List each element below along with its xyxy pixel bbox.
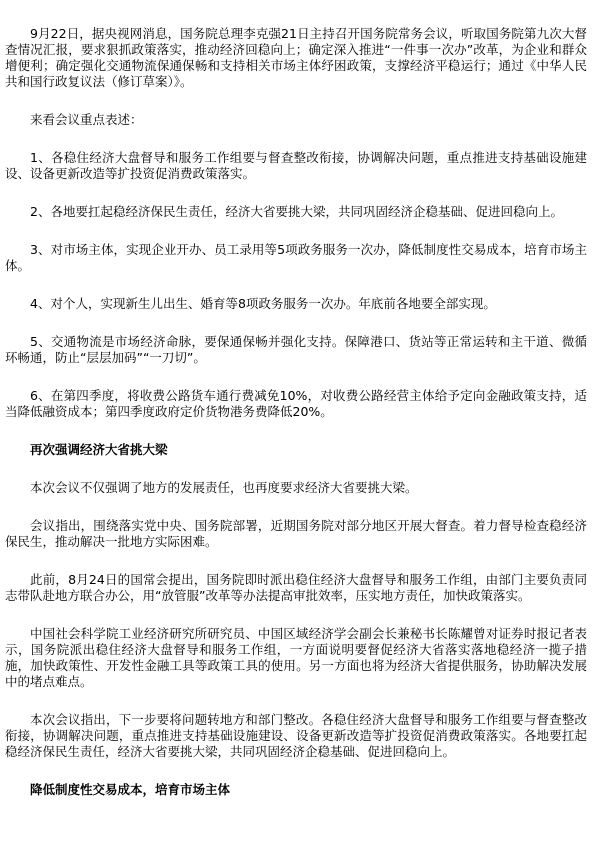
section-heading-provinces: 再次强调经济大省挑大梁 bbox=[5, 442, 587, 458]
paragraph-point-4: 4、对个人，实现新生儿出生、婚育等8项政务服务一次办。年底前各地要全部实现。 bbox=[5, 296, 587, 312]
paragraph-point-2: 2、各地要扛起稳经济保民生责任，经济大省要挑大梁，共同巩固经济企稳基础、促进回稳… bbox=[5, 204, 587, 220]
paragraph-body: 本次会议指出，下一步要将问题转地方和部门整改。各稳住经济大盘督导和服务工作组要与… bbox=[5, 712, 587, 760]
paragraph-lead-in: 来看会议重点表述： bbox=[5, 112, 587, 128]
paragraph-point-6: 6、在第四季度，将收费公路货车通行费减免10%，对收费公路经营主体给予定向金融政… bbox=[5, 388, 587, 420]
paragraph-body: 本次会议不仅强调了地方的发展责任，也再度要求经济大省要挑大梁。 bbox=[5, 480, 587, 496]
section-heading-costs: 降低制度性交易成本，培育市场主体 bbox=[5, 782, 587, 798]
paragraph-intro: 9月22日，据央视网消息，国务院总理李克强21日主持召开国务院常务会议，听取国务… bbox=[5, 26, 587, 90]
paragraph-point-1: 1、各稳住经济大盘督导和服务工作组要与督查整改衔接，协调解决问题，重点推进支持基… bbox=[5, 150, 587, 182]
paragraph-point-3: 3、对市场主体，实现企业开办、员工录用等5项政务服务一次办，降低制度性交易成本，… bbox=[5, 242, 587, 274]
document-page: 9月22日，据央视网消息，国务院总理李克强21日主持召开国务院常务会议，听取国务… bbox=[0, 0, 595, 842]
paragraph-body: 此前，8月24日的国常会提出，国务院即时派出稳住经济大盘督导和服务工作组，由部门… bbox=[5, 572, 587, 604]
paragraph-body: 中国社会科学院工业经济研究所研究员、中国区域经济学会副会长兼秘书长陈耀曾对证券时… bbox=[5, 626, 587, 690]
paragraph-point-5: 5、交通物流是市场经济命脉，要保通保畅并强化支持。保障港口、货站等正常运转和主干… bbox=[5, 334, 587, 366]
paragraph-body: 会议指出，围绕落实党中央、国务院部署，近期国务院对部分地区开展大督查。着力督导检… bbox=[5, 518, 587, 550]
